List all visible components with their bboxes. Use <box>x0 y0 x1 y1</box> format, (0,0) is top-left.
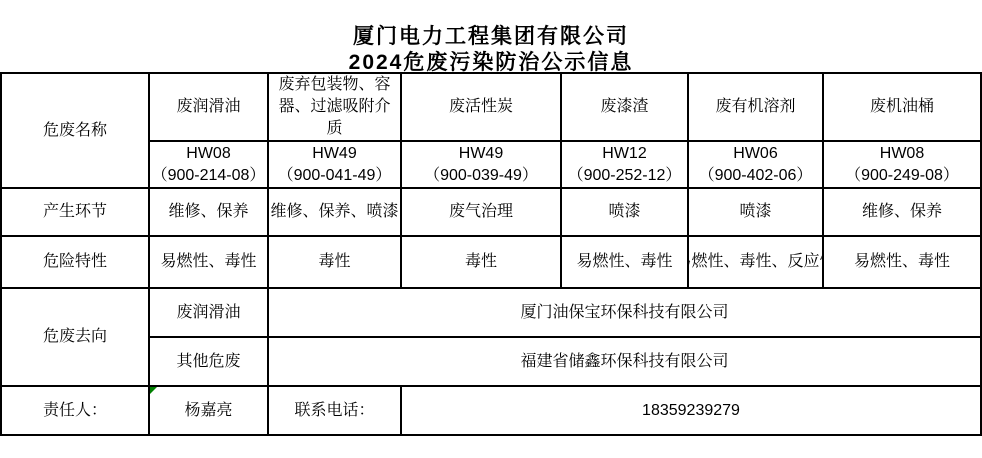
waste-name-cell: 废漆渣 <box>561 73 688 141</box>
label-waste-name: 危废名称 <box>1 73 149 188</box>
hazard-cell: 毒性 <box>401 236 561 288</box>
label-waste-destination: 危废去向 <box>1 288 149 386</box>
stage-cell: 废气治理 <box>401 188 561 236</box>
waste-code: HW08 <box>150 143 267 165</box>
stage-cell: 喷漆 <box>688 188 823 236</box>
waste-name-text: 废活性炭 <box>402 96 560 118</box>
stage-text: 喷漆 <box>562 201 687 223</box>
hazard-cell: 易燃性、毒性 <box>823 236 981 288</box>
destination-category-cell: 废润滑油 <box>149 288 268 337</box>
waste-name-cell: 废润滑油 <box>149 73 268 141</box>
stage-text: 喷漆 <box>689 201 822 223</box>
destination-category-cell: 其他危废 <box>149 337 268 386</box>
stage-text: 废气治理 <box>402 201 560 223</box>
hazard-text: 易燃性、毒性、反应性 <box>689 251 822 273</box>
stage-text: 维修、保养、喷漆 <box>269 201 400 223</box>
waste-name-cell: 废有机溶剂 <box>688 73 823 141</box>
label-hazard-traits: 危险特性 <box>1 236 149 288</box>
row-hazard-traits: 危险特性 易燃性、毒性 毒性 毒性 易燃性、毒性 易燃性、毒性、反应性 易燃性、… <box>1 236 981 288</box>
responsible-name-cell: 杨嘉亮 <box>149 386 268 435</box>
waste-name-text: 废润滑油 <box>150 96 267 118</box>
waste-name-cell: 废机油桶 <box>823 73 981 141</box>
waste-name-cell: 废弃包装物、容器、过滤吸附介质 <box>268 73 401 141</box>
stage-cell: 喷漆 <box>561 188 688 236</box>
stage-text: 维修、保养 <box>824 201 980 223</box>
hazard-text: 易燃性、毒性 <box>150 251 267 273</box>
phone-number-cell: 18359239279 <box>401 386 981 435</box>
hazard-text: 易燃性、毒性 <box>562 251 687 273</box>
waste-name-cell: 废活性炭 <box>401 73 561 141</box>
waste-code-cell: HW08 （900-249-08） <box>823 141 981 188</box>
waste-code: HW49 <box>269 143 400 165</box>
waste-name-text: 废机油桶 <box>824 96 980 118</box>
waste-name-text: 废有机溶剂 <box>689 96 822 118</box>
waste-code-detail: （900-249-08） <box>824 165 980 187</box>
waste-code-detail: （900-402-06） <box>689 165 822 187</box>
row-production-stage: 产生环节 维修、保养 维修、保养、喷漆 废气治理 喷漆 喷漆 维修、保养 <box>1 188 981 236</box>
waste-code-cell: HW49 （900-041-49） <box>268 141 401 188</box>
label-contact-phone: 联系电话： <box>268 386 401 435</box>
hazardous-waste-table: 危废名称 废润滑油 废弃包装物、容器、过滤吸附介质 废活性炭 废漆渣 废有机溶剂… <box>0 72 982 436</box>
waste-code-cell: HW08 （900-214-08） <box>149 141 268 188</box>
hazard-cell: 易燃性、毒性 <box>149 236 268 288</box>
row-waste-names: 危废名称 废润滑油 废弃包装物、容器、过滤吸附介质 废活性炭 废漆渣 废有机溶剂… <box>1 73 981 141</box>
label-responsible-person: 责任人： <box>1 386 149 435</box>
row-destination-oil: 危废去向 废润滑油 厦门油保宝环保科技有限公司 <box>1 288 981 337</box>
waste-code: HW08 <box>824 143 980 165</box>
waste-code-cell: HW06 （900-402-06） <box>688 141 823 188</box>
stage-text: 维修、保养 <box>150 201 267 223</box>
waste-code-detail: （900-039-49） <box>402 165 560 187</box>
waste-name-text: 废漆渣 <box>562 96 687 118</box>
page-title: 厦门电力工程集团有限公司 2024危废污染防治公示信息 <box>0 0 982 72</box>
waste-code-cell: HW12 （900-252-12） <box>561 141 688 188</box>
hazard-cell: 毒性 <box>268 236 401 288</box>
waste-code-detail: （900-041-49） <box>269 165 400 187</box>
hazard-text: 毒性 <box>402 251 560 273</box>
hazard-text: 易燃性、毒性 <box>824 251 980 273</box>
destination-company-cell: 厦门油保宝环保科技有限公司 <box>268 288 981 337</box>
waste-name-text: 废弃包装物、容器、过滤吸附介质 <box>269 74 400 140</box>
label-production-stage: 产生环节 <box>1 188 149 236</box>
waste-code-detail: （900-214-08） <box>150 165 267 187</box>
hazard-cell: 易燃性、毒性 <box>561 236 688 288</box>
stage-cell: 维修、保养、喷漆 <box>268 188 401 236</box>
waste-code-cell: HW49 （900-039-49） <box>401 141 561 188</box>
waste-code: HW12 <box>562 143 687 165</box>
responsible-name-text: 杨嘉亮 <box>184 402 232 419</box>
hazard-cell: 易燃性、毒性、反应性 <box>688 236 823 288</box>
excel-green-triangle-marker <box>150 387 157 394</box>
destination-company-cell: 福建省储鑫环保科技有限公司 <box>268 337 981 386</box>
company-title: 厦门电力工程集团有限公司 <box>0 24 982 50</box>
row-responsible-contact: 责任人： 杨嘉亮 联系电话： 18359239279 <box>1 386 981 435</box>
stage-cell: 维修、保养 <box>823 188 981 236</box>
hazard-text: 毒性 <box>269 251 400 273</box>
waste-code: HW06 <box>689 143 822 165</box>
stage-cell: 维修、保养 <box>149 188 268 236</box>
waste-code-detail: （900-252-12） <box>562 165 687 187</box>
waste-code: HW49 <box>402 143 560 165</box>
disclosure-page: 厦门电力工程集团有限公司 2024危废污染防治公示信息 危废名称 废润滑油 废弃… <box>0 0 982 458</box>
